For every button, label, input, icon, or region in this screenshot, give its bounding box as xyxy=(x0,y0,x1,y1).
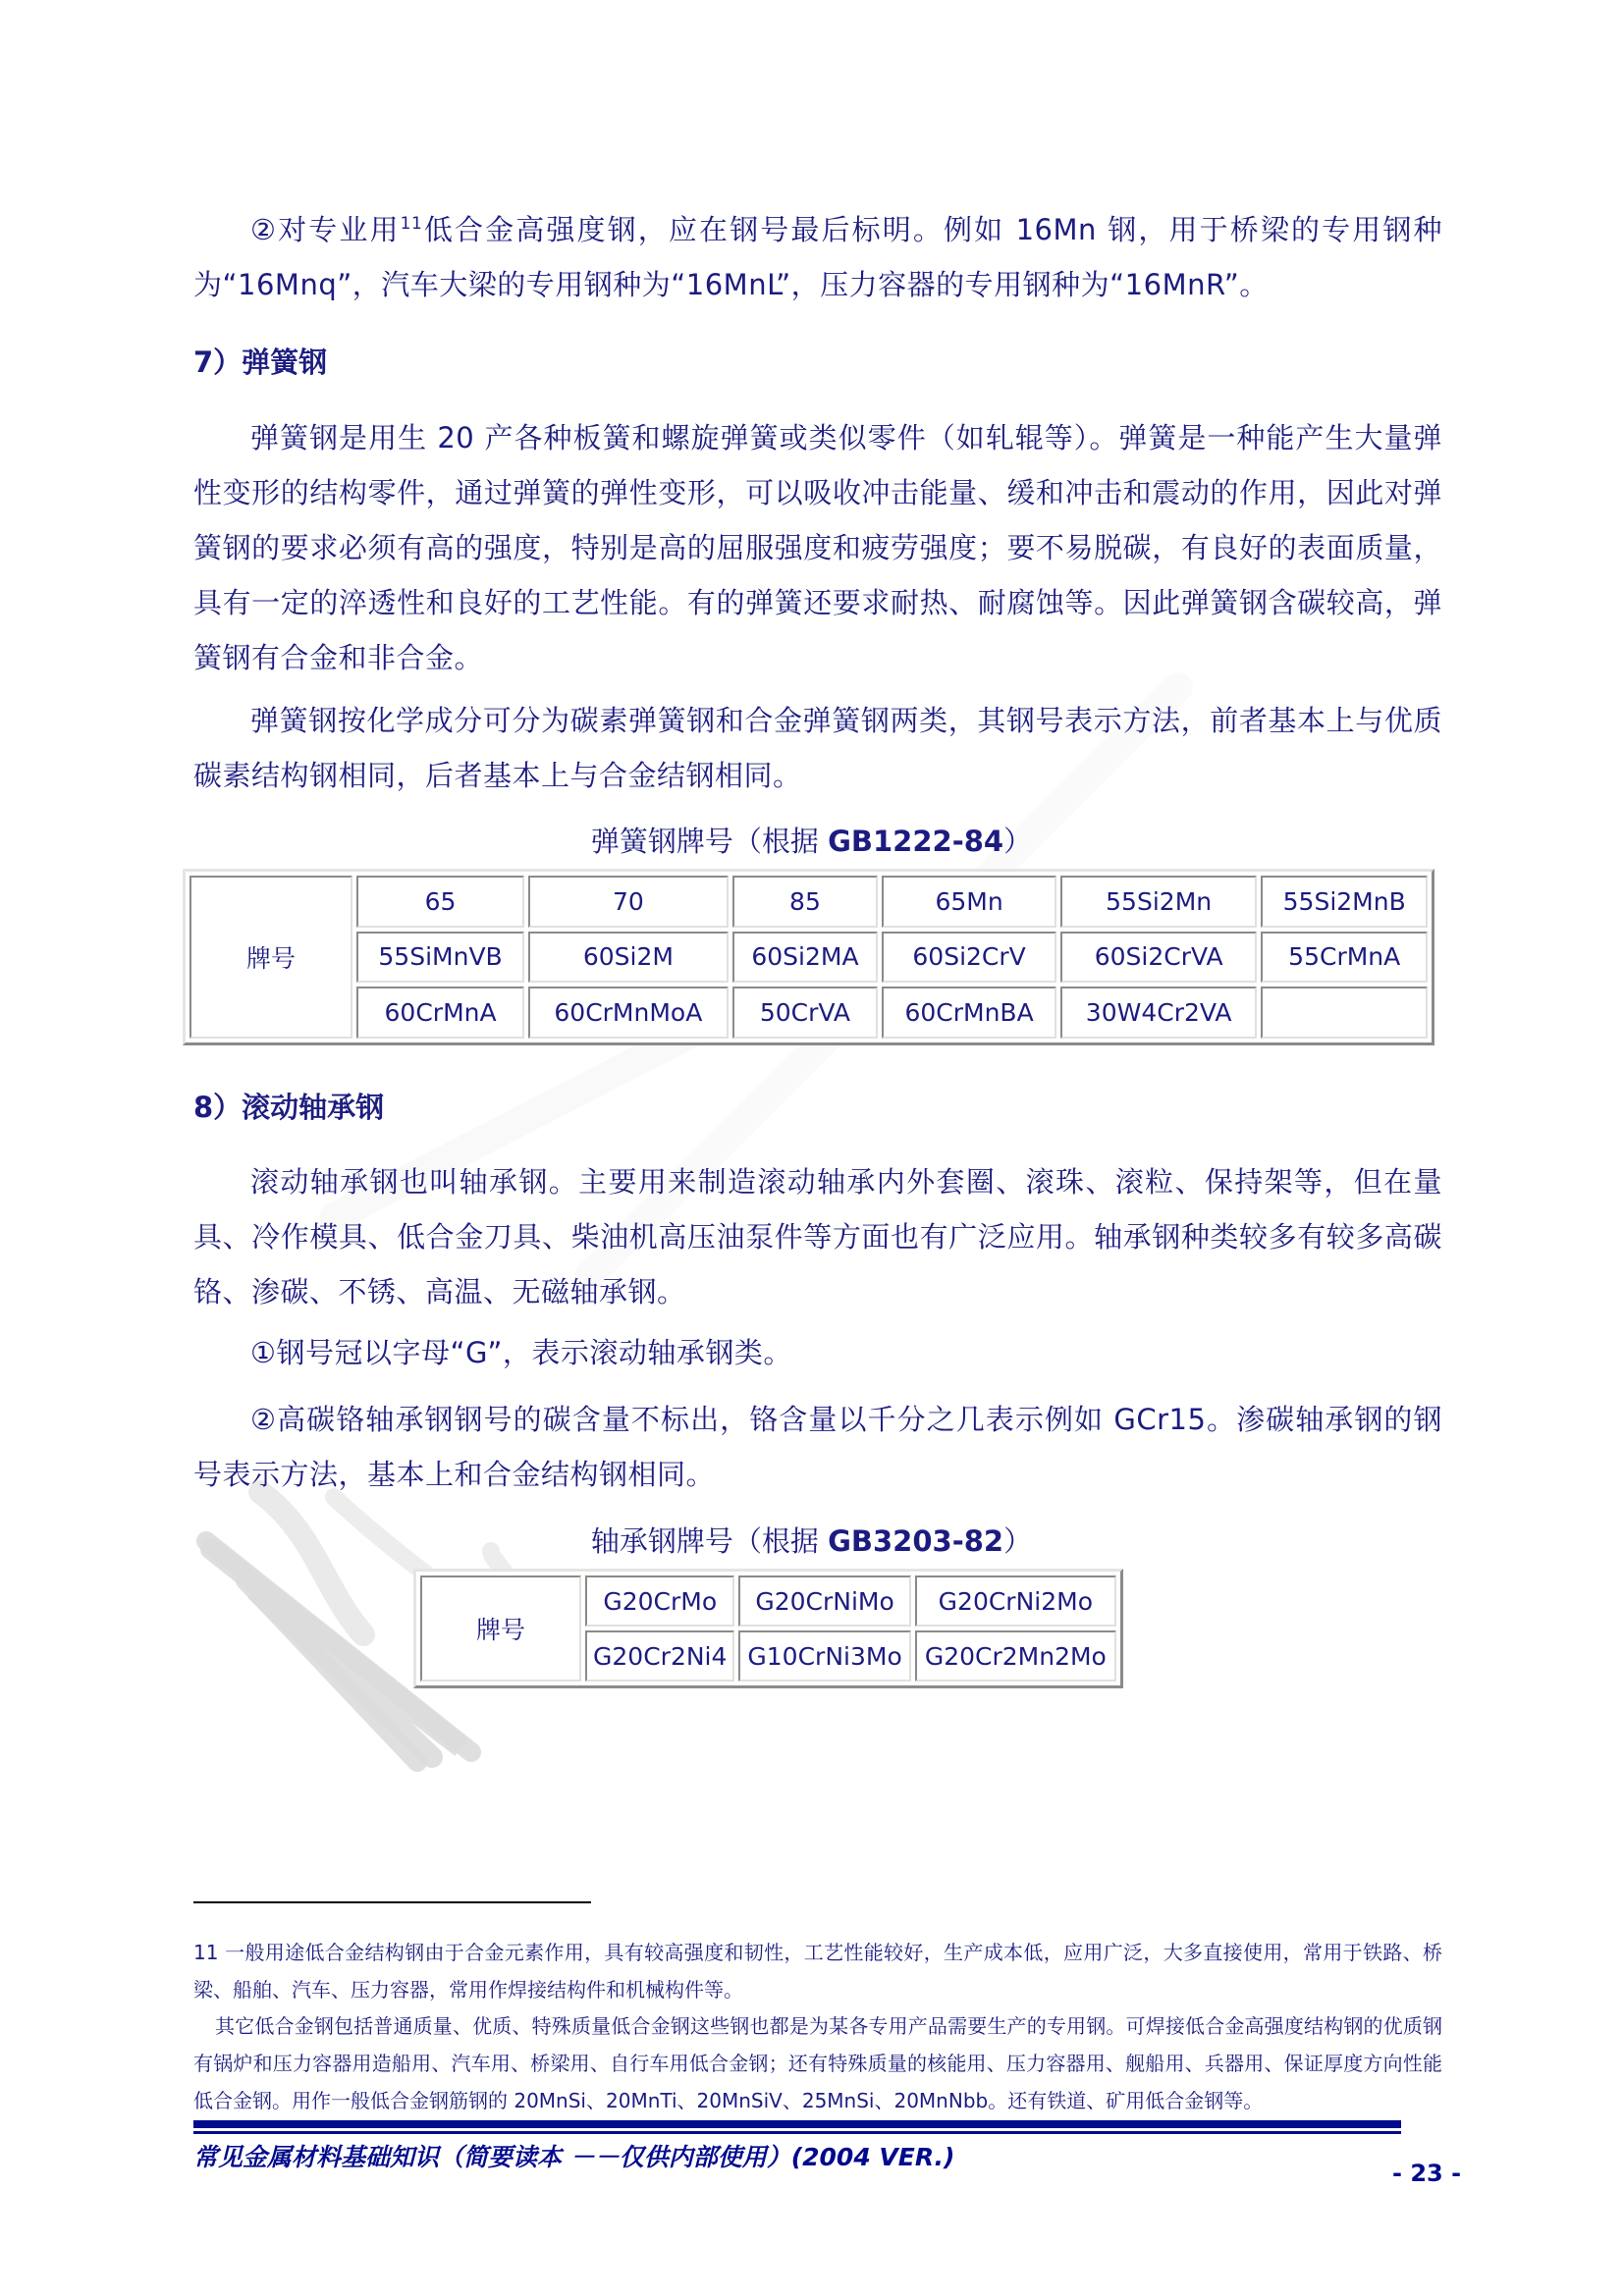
bearing-steel-rule-2: ②高碳铬轴承钢钢号的碳含量不标出，铬含量以千分之几表示例如 GCr15。渗碳轴承… xyxy=(193,1392,1442,1502)
bearing-steel-table-caption: 轴承钢牌号（根据 GB3203-82） xyxy=(0,1520,1623,1560)
footer-rule-thick xyxy=(193,2120,1401,2128)
row-header-cell: 牌号 xyxy=(189,876,352,1039)
table-cell: 60CrMnBA xyxy=(882,987,1056,1039)
caption-prefix: 弹簧钢牌号（根据 xyxy=(591,825,828,858)
section-heading-bearing-steel: 8）滚动轴承钢 xyxy=(193,1086,384,1126)
table-cell: G20Cr2Mn2Mo xyxy=(915,1630,1116,1682)
table-cell: G20CrNiMo xyxy=(738,1575,910,1627)
table-cell: G20CrNi2Mo xyxy=(915,1575,1116,1627)
bearing-steel-rule-1: ①钢号冠以字母“G”，表示滚动轴承钢类。 xyxy=(193,1325,1442,1380)
table-cell: 65Mn xyxy=(882,876,1056,928)
table-cell: 50CrVA xyxy=(732,987,879,1039)
spring-steel-paragraph-1: 弹簧钢是用生 20 产各种板簧和螺旋弹簧或类似零件（如轧辊等）。弹簧是一种能产生… xyxy=(193,410,1442,685)
table-cell: 70 xyxy=(528,876,728,928)
table-cell: 65 xyxy=(356,876,524,928)
caption-standard: GB3203-82 xyxy=(828,1524,1003,1558)
footer-rule-thin xyxy=(193,2131,1401,2134)
table-cell: 55CrMnA xyxy=(1261,932,1428,984)
bearing-steel-grade-table: 牌号 G20CrMo G20CrNiMo G20CrNi2Mo G20Cr2Ni… xyxy=(413,1569,1123,1688)
table-cell: 30W4Cr2VA xyxy=(1060,987,1258,1039)
spring-steel-grade-table: 牌号 65 70 85 65Mn 55Si2Mn 55Si2MnB 55SiMn… xyxy=(183,869,1434,1045)
caption-suffix: ） xyxy=(1003,825,1032,858)
table-cell: G20Cr2Ni4 xyxy=(585,1630,734,1682)
table-cell: 60CrMnMoA xyxy=(528,987,728,1039)
footer-title: 常见金属材料基础知识（简要读本 －－仅供内部使用）(2004 VER.) xyxy=(193,2138,954,2173)
table-cell: 60CrMnA xyxy=(356,987,524,1039)
page-number: - 23 - xyxy=(1392,2160,1461,2187)
caption-prefix: 轴承钢牌号（根据 xyxy=(591,1524,828,1558)
table-cell: 60Si2M xyxy=(528,932,728,984)
table-cell xyxy=(1261,987,1428,1039)
table-cell: G20CrMo xyxy=(585,1575,734,1627)
document-page: ②对专业用11低合金高强度钢，应在钢号最后标明。例如 16Mn 钢，用于桥梁的专… xyxy=(0,0,1623,2296)
table-cell: 60Si2CrVA xyxy=(1060,932,1258,984)
intro-text-prefix: ②对专业用 xyxy=(250,213,401,246)
table-cell: 55Si2Mn xyxy=(1060,876,1258,928)
section-heading-spring-steel: 7）弹簧钢 xyxy=(193,341,327,381)
table-cell: 55SiMnVB xyxy=(356,932,524,984)
spring-steel-table-caption: 弹簧钢牌号（根据 GB1222-84） xyxy=(0,820,1623,860)
caption-suffix: ） xyxy=(1003,1524,1032,1558)
footnote-11-continued: 其它低合金钢包括普通质量、优质、特殊质量低合金钢这些钢也都是为某各专用产品需要生… xyxy=(193,2007,1442,2119)
table-cell: 55Si2MnB xyxy=(1261,876,1428,928)
spring-steel-paragraph-2: 弹簧钢按化学成分可分为碳素弹簧钢和合金弹簧钢两类，其钢号表示方法，前者基本上与优… xyxy=(193,693,1442,803)
bearing-steel-paragraph-1: 滚动轴承钢也叫轴承钢。主要用来制造滚动轴承内外套圈、滚珠、滚粒、保持架等，但在量… xyxy=(193,1154,1442,1319)
footnote-11: 11 一般用途低合金结构钢由于合金元素作用，具有较高强度和韧性，工艺性能较好，生… xyxy=(193,1934,1442,2008)
table-cell: 85 xyxy=(732,876,879,928)
caption-standard: GB1222-84 xyxy=(828,825,1003,858)
footnote-ref[interactable]: 11 xyxy=(401,214,423,234)
row-header-cell: 牌号 xyxy=(420,1575,581,1682)
table-cell: 60Si2MA xyxy=(732,932,879,984)
footnote-separator xyxy=(193,1901,591,1903)
table-cell: 60Si2CrV xyxy=(882,932,1056,984)
table-cell: G10CrNi3Mo xyxy=(738,1630,910,1682)
intro-paragraph: ②对专业用11低合金高强度钢，应在钢号最后标明。例如 16Mn 钢，用于桥梁的专… xyxy=(193,202,1442,312)
